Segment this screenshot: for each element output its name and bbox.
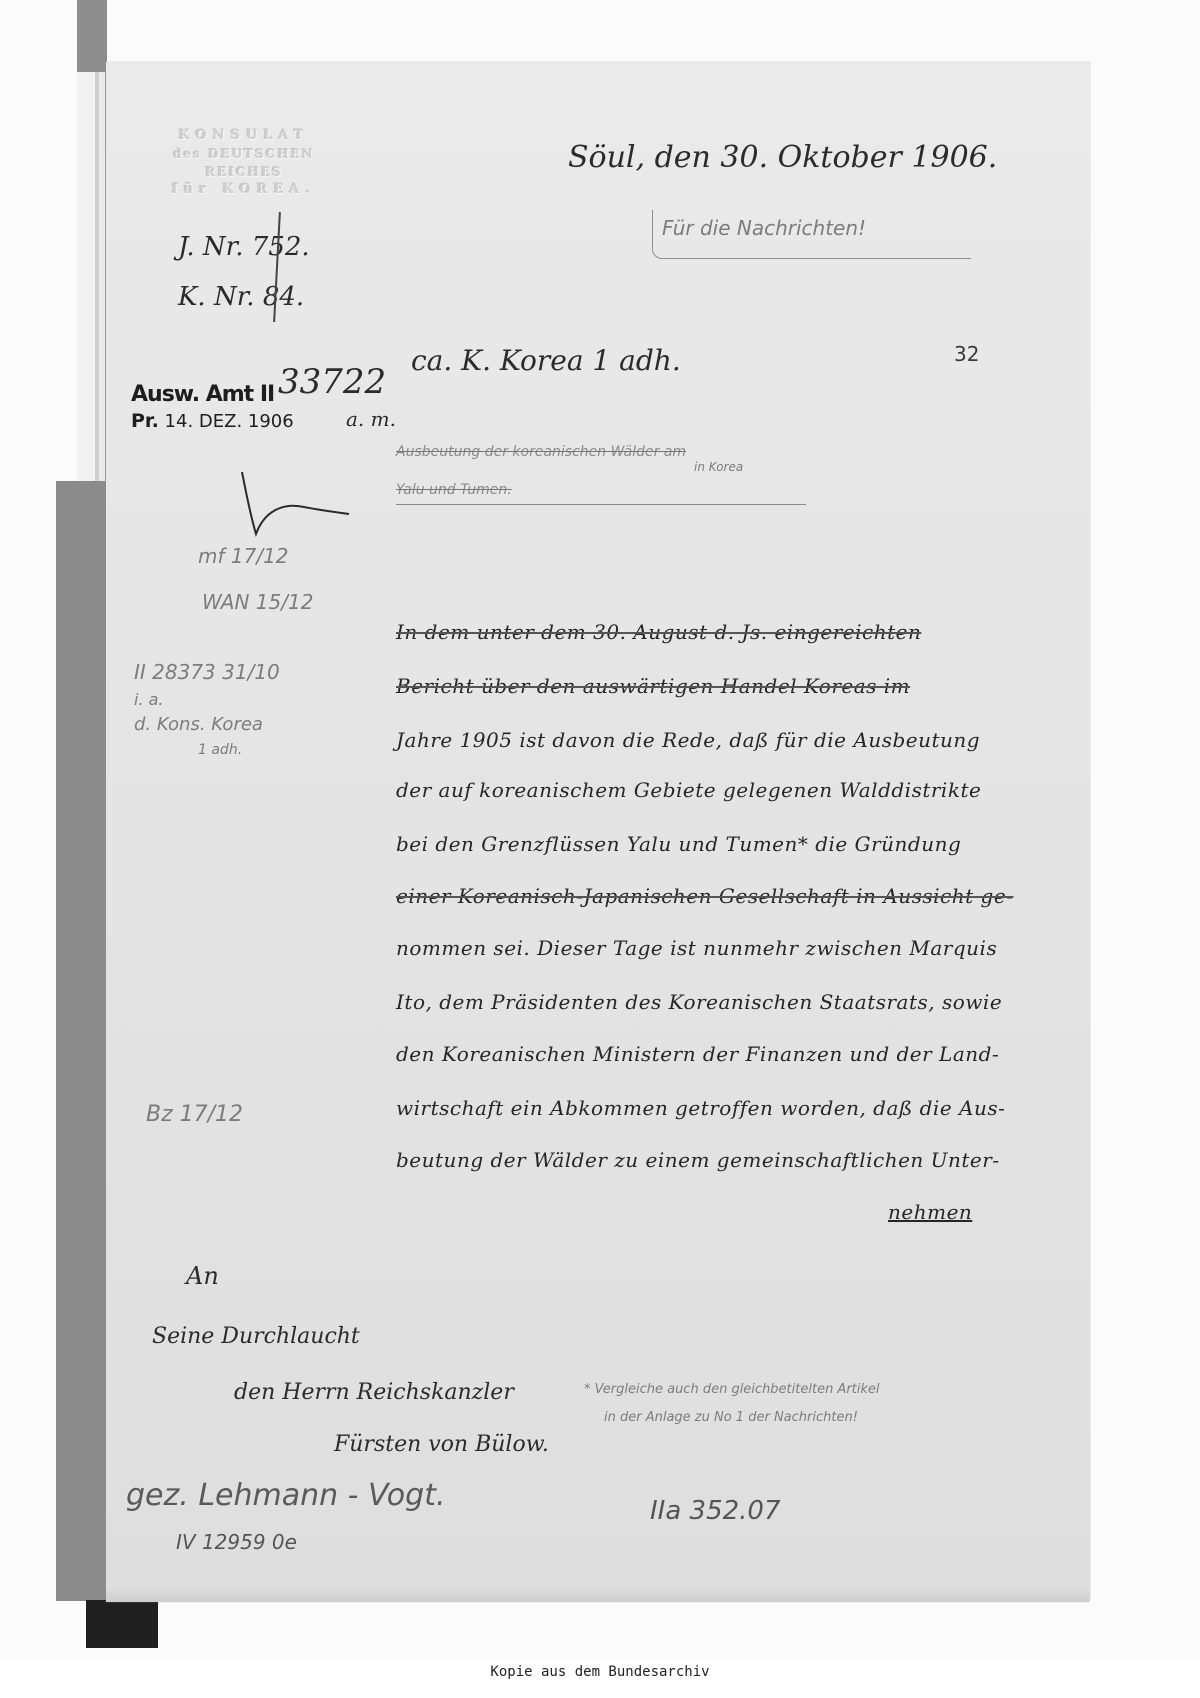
consulate-letterhead: KONSULAT des DEUTSCHEN REICHES für KOREA… (134, 127, 354, 199)
registry-sub: a. m. (346, 407, 396, 431)
address-line-2: den Herrn Reichskanzler (234, 1380, 514, 1405)
footnote-line-1: * Vergleiche auch den gleichbetitelten A… (584, 1382, 880, 1397)
signature: gez. Lehmann - Vogt. (126, 1478, 446, 1513)
letter-page: KONSULAT des DEUTSCHEN REICHES für KOREA… (106, 62, 1090, 1602)
binder-pole (77, 72, 109, 482)
body-line-6: einer Koreanisch-Japanischen Gesellschaf… (396, 884, 1013, 908)
journal-j-label: J. Nr. (178, 232, 244, 262)
body-line-2: Bericht über den auswärtigen Handel Kore… (396, 674, 910, 698)
journal-k-value: 84. (263, 282, 304, 312)
page-number: 32 (954, 342, 979, 366)
body-line-1: In dem unter dem 30. August d. Js. einge… (396, 620, 921, 644)
journal-j-value: 752. (252, 232, 310, 262)
body-line-8: Ito, dem Präsidenten des Koreanischen St… (396, 990, 1002, 1014)
body-line-7: nommen sei. Dieser Tage ist nunmehr zwis… (396, 936, 997, 960)
body-line-4: der auf koreanischem Gebiete gelegenen W… (396, 778, 981, 802)
office-stamp: Ausw. Amt II (131, 382, 274, 407)
archival-scan: KONSULAT des DEUTSCHEN REICHES für KOREA… (0, 0, 1200, 1660)
bottom-number-left: IV 12959 0e (176, 1530, 297, 1554)
margin-note-2: WAN 15/12 (202, 590, 313, 614)
journal-k-label: K. Nr. (178, 282, 255, 312)
archive-caption: Kopie aus dem Bundesarchiv (0, 1664, 1200, 1680)
journal-number: J. Nr. 752. (178, 232, 310, 262)
letterhead-line-1: KONSULAT (134, 127, 354, 145)
body-line-10: wirtschaft ein Abkommen getroffen worden… (396, 1096, 1005, 1120)
margin-note-6: 1 adh. (198, 742, 242, 758)
margin-note-7: Bz 17/12 (146, 1102, 243, 1127)
subject-line-2: Yalu und Tumen. (396, 482, 512, 498)
letterhead-line-2: des DEUTSCHEN REICHES (134, 145, 354, 181)
received-prefix: Pr. (131, 410, 159, 432)
received-stamp: Pr. 14. DEZ. 1906 (131, 410, 294, 432)
address-line-3: Fürsten von Bülow. (334, 1432, 549, 1457)
body-line-11: beutung der Wälder zu einem gemeinschaft… (396, 1148, 1000, 1172)
binder-strip (77, 0, 107, 72)
body-line-3: Jahre 1905 ist davon die Rede, daß für d… (396, 728, 980, 752)
registry-note: ca. K. Korea 1 adh. (411, 344, 681, 377)
check-mark-icon (234, 462, 354, 542)
subject-line-1: Ausbeutung der koreanischen Wälder am (396, 444, 686, 460)
subject-underline (396, 504, 806, 505)
letterhead-line-3: für KOREA. (134, 181, 354, 199)
subject-insert: in Korea (694, 460, 743, 474)
note-for-news: Für die Nachrichten! (662, 216, 866, 240)
bottom-number-right: IIa 352.07 (650, 1496, 781, 1526)
margin-note-3: II 28373 31/10 (134, 660, 280, 684)
page-shadow (106, 1588, 1090, 1602)
k-number: K. Nr. 84. (178, 282, 304, 312)
body-line-5: bei den Grenzflüssen Yalu und Tumen* die… (396, 832, 961, 856)
address-line-1: Seine Durchlaucht (152, 1324, 360, 1349)
margin-note-1: mf 17/12 (198, 544, 289, 568)
margin-note-4: i. a. (134, 690, 164, 709)
address-to: An (186, 1262, 219, 1290)
place-date: Söul, den 30. Oktober 1906. (568, 140, 997, 175)
binder-foot (86, 1600, 158, 1648)
margin-note-5: d. Kons. Korea (134, 714, 263, 735)
catchword: nehmen (888, 1200, 972, 1224)
body-line-9: den Koreanischen Ministern der Finanzen … (396, 1042, 999, 1066)
received-date: 14. DEZ. 1906 (165, 411, 294, 432)
footnote-line-2: in der Anlage zu No 1 der Nachrichten! (604, 1410, 858, 1425)
registry-number: 33722 (278, 362, 386, 402)
